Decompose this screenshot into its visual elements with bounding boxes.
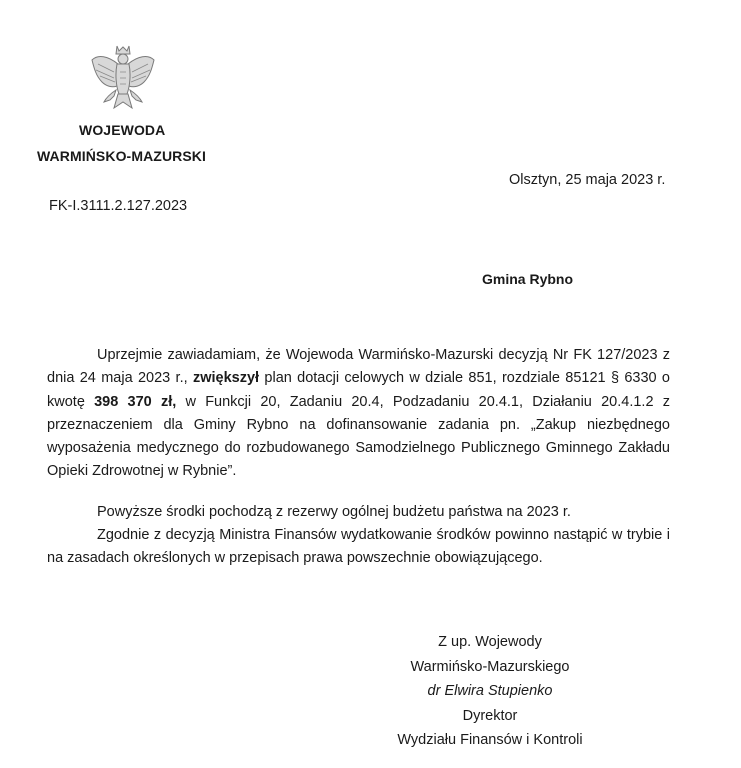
signature-block: Z up. Wojewody Warmińsko-Mazurskiego dr … xyxy=(380,630,600,753)
letter-body: Uprzejmie zawiadamiam, że Wojewoda Warmi… xyxy=(47,344,670,571)
paragraph-decision: Uprzejmie zawiadamiam, że Wojewoda Warmi… xyxy=(47,344,670,484)
signatory-department: Wydziału Finansów i Kontroli xyxy=(380,728,600,753)
signatory-title: Dyrektor xyxy=(380,704,600,729)
signature-line2: Warmińsko-Mazurskiego xyxy=(380,655,600,680)
place-and-date: Olsztyn, 25 maja 2023 r. xyxy=(509,172,665,188)
paragraph-funding-source: Powyższe środki pochodzą z rezerwy ogóln… xyxy=(47,501,670,524)
authority-name-line1: WOJEWODA xyxy=(79,122,165,138)
authority-name-line2: WARMIŃSKO-MAZURSKI xyxy=(37,148,206,164)
addressee: Gmina Rybno xyxy=(482,271,573,287)
signatory-name: dr Elwira Stupienko xyxy=(380,679,600,704)
signature-line1: Z up. Wojewody xyxy=(380,630,600,655)
reference-number: FK-I.3111.2.127.2023 xyxy=(49,198,187,214)
grant-amount: 398 370 zł, xyxy=(94,394,176,410)
paragraph-spending-rules: Zgodnie z decyzją Ministra Finansów wyda… xyxy=(47,524,670,571)
increase-verb: zwiększył xyxy=(193,370,259,386)
eagle-emblem-icon xyxy=(88,42,158,116)
